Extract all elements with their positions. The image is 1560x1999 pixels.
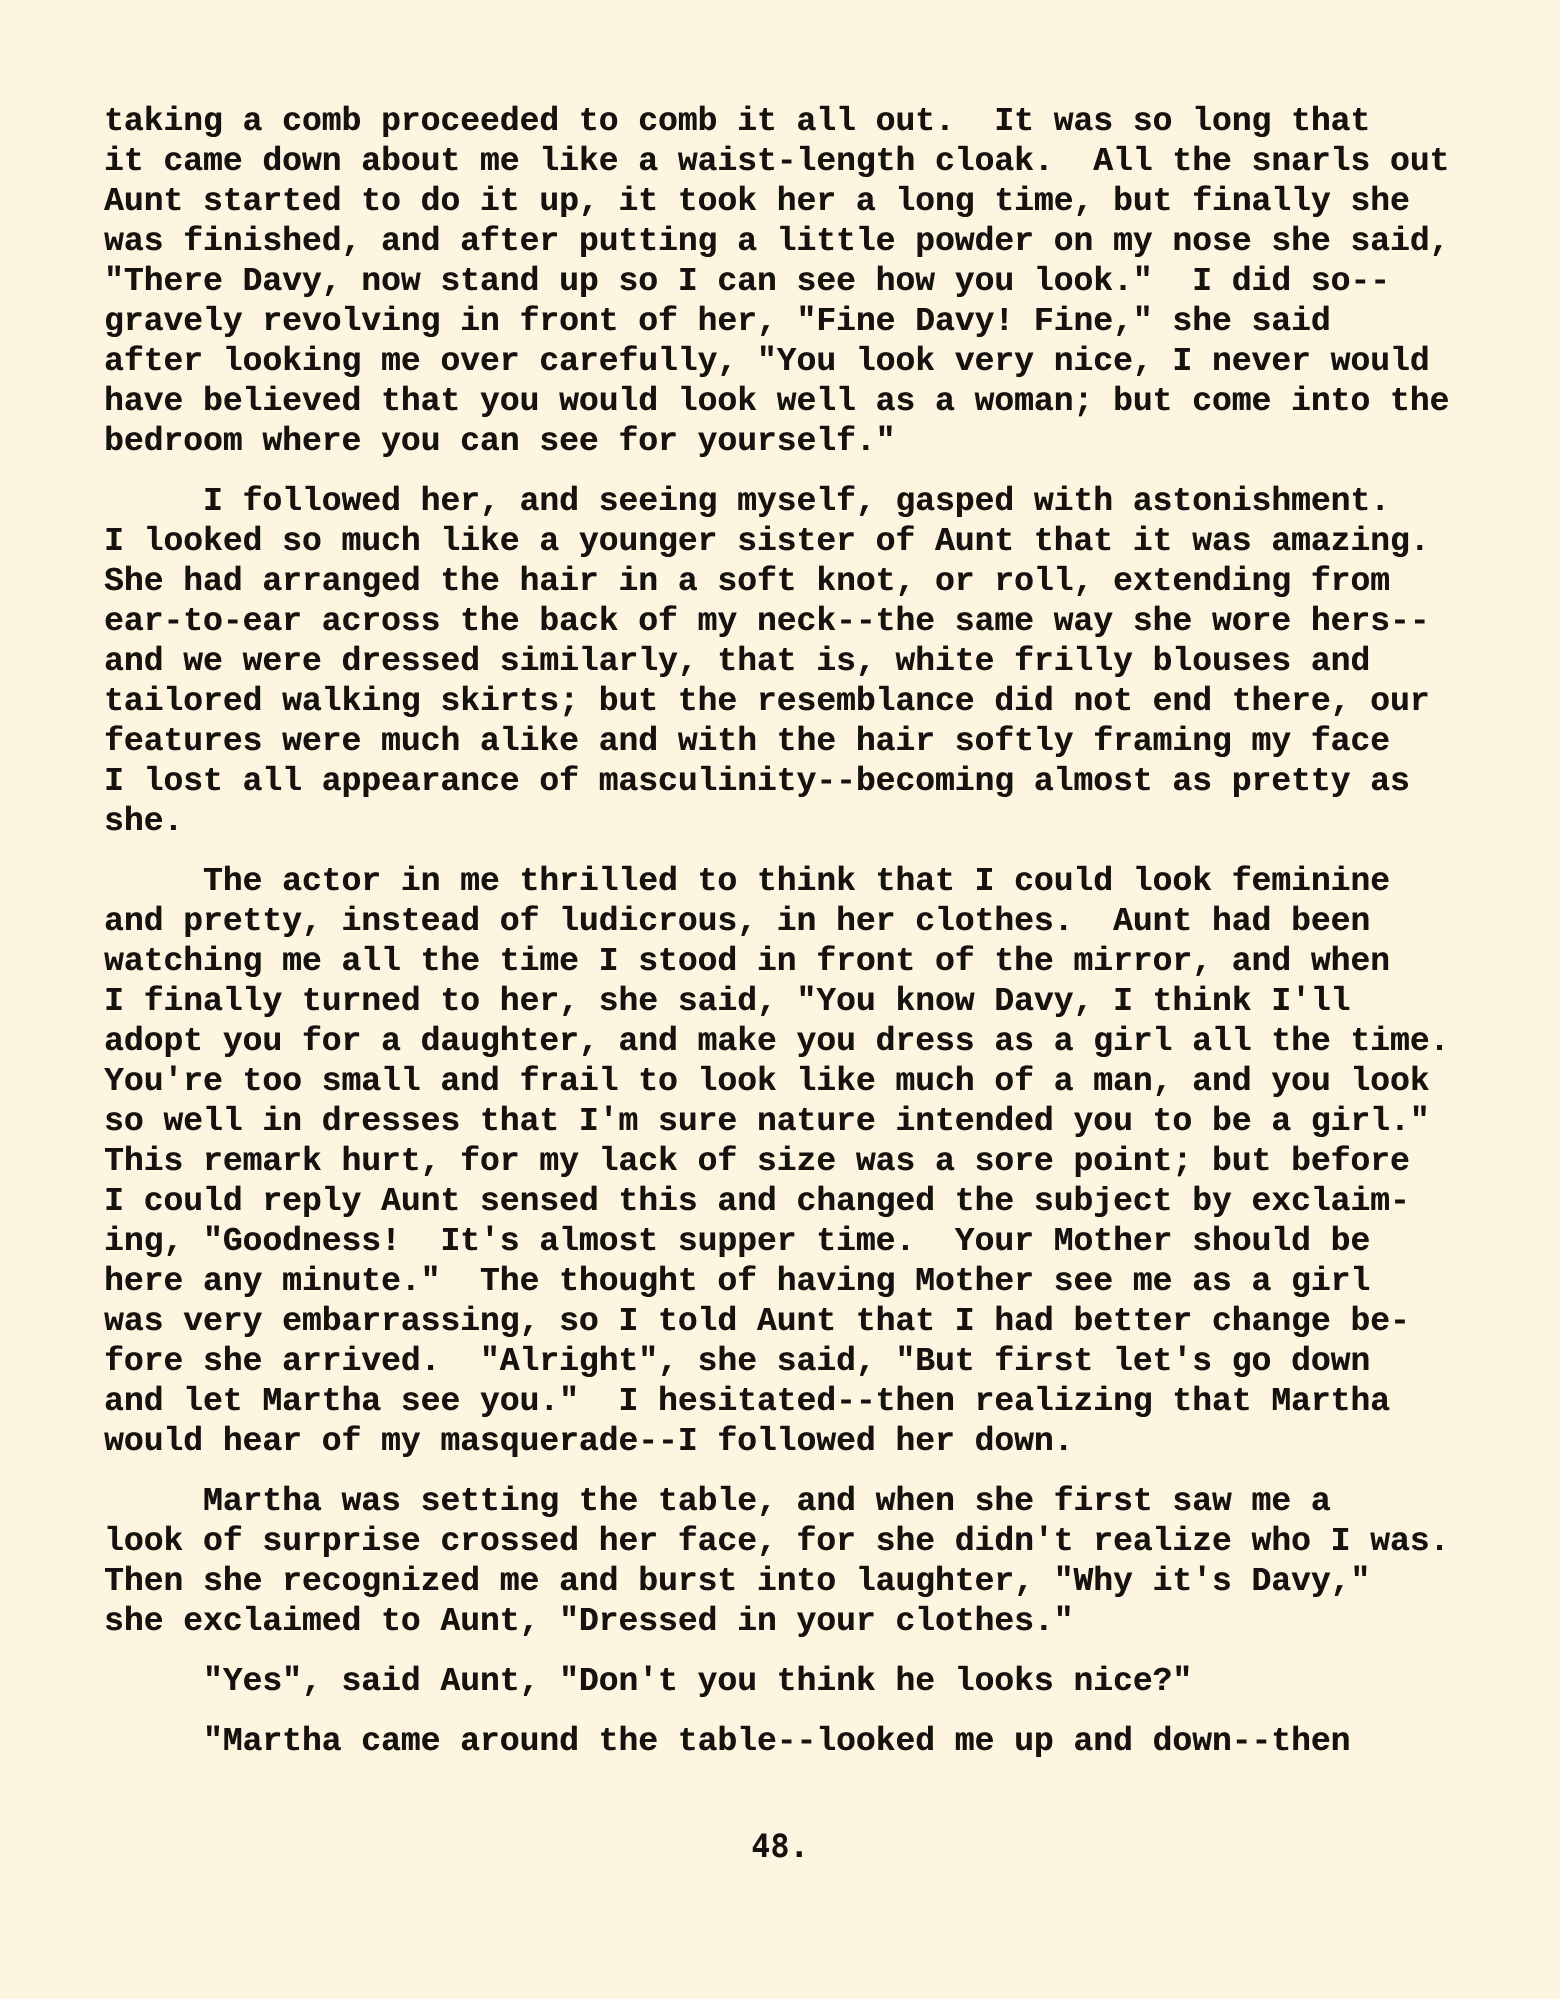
text-line: and let Martha see you." I hesitated--th… xyxy=(104,1382,1544,1422)
text-line: it came down about me like a waist-lengt… xyxy=(104,142,1544,182)
text-line: Aunt started to do it up, it took her a … xyxy=(104,182,1544,222)
text-line: was finished, and after putting a little… xyxy=(104,222,1544,262)
paragraph-6: "Martha came around the table--looked me… xyxy=(104,1722,1544,1762)
text-line: and we were dressed similarly, that is, … xyxy=(104,642,1544,682)
paragraph-2: I followed her, and seeing myself, gaspe… xyxy=(104,482,1544,842)
text-line: Martha was setting the table, and when s… xyxy=(104,1482,1544,1522)
text-line: bedroom where you can see for yourself." xyxy=(104,422,1544,462)
text-line: ing, "Goodness! It's almost supper time.… xyxy=(104,1222,1544,1262)
text-line: she. xyxy=(104,802,1544,842)
text-line: was very embarrassing, so I told Aunt th… xyxy=(104,1302,1544,1342)
paragraph-4: Martha was setting the table, and when s… xyxy=(104,1482,1544,1642)
text-line: tailored walking skirts; but the resembl… xyxy=(104,682,1544,722)
text-line: she exclaimed to Aunt, "Dressed in your … xyxy=(104,1602,1544,1642)
text-line: "Martha came around the table--looked me… xyxy=(104,1722,1544,1762)
paragraph-3: The actor in me thrilled to think that I… xyxy=(104,862,1544,1462)
text-line: taking a comb proceeded to comb it all o… xyxy=(104,102,1544,142)
text-line: so well in dresses that I'm sure nature … xyxy=(104,1102,1544,1142)
text-line: I looked so much like a younger sister o… xyxy=(104,522,1544,562)
text-line: here any minute." The thought of having … xyxy=(104,1262,1544,1302)
text-line: The actor in me thrilled to think that I… xyxy=(104,862,1544,902)
text-line: have believed that you would look well a… xyxy=(104,382,1544,422)
typed-page-body: taking a comb proceeded to comb it all o… xyxy=(104,102,1544,1782)
text-line: She had arranged the hair in a soft knot… xyxy=(104,562,1544,602)
text-line: Then she recognized me and burst into la… xyxy=(104,1562,1544,1602)
text-line: after looking me over carefully, "You lo… xyxy=(104,342,1544,382)
text-line: I could reply Aunt sensed this and chang… xyxy=(104,1182,1544,1222)
text-line: watching me all the time I stood in fron… xyxy=(104,942,1544,982)
text-line: I followed her, and seeing myself, gaspe… xyxy=(104,482,1544,522)
text-line: This remark hurt, for my lack of size wa… xyxy=(104,1142,1544,1182)
text-line: would hear of my masquerade--I followed … xyxy=(104,1422,1544,1462)
text-line: fore she arrived. "Alright", she said, "… xyxy=(104,1342,1544,1382)
text-line: "Yes", said Aunt, "Don't you think he lo… xyxy=(104,1662,1544,1702)
page-number: 48. xyxy=(0,1826,1560,1866)
text-line: ear-to-ear across the back of my neck--t… xyxy=(104,602,1544,642)
text-line: gravely revolving in front of her, "Fine… xyxy=(104,302,1544,342)
text-line: "There Davy, now stand up so I can see h… xyxy=(104,262,1544,302)
text-line: You're too small and frail to look like … xyxy=(104,1062,1544,1102)
text-line: and pretty, instead of ludicrous, in her… xyxy=(104,902,1544,942)
text-line: I finally turned to her, she said, "You … xyxy=(104,982,1544,1022)
paragraph-5: "Yes", said Aunt, "Don't you think he lo… xyxy=(104,1662,1544,1702)
text-line: I lost all appearance of masculinity--be… xyxy=(104,762,1544,802)
text-line: look of surprise crossed her face, for s… xyxy=(104,1522,1544,1562)
paragraph-1: taking a comb proceeded to comb it all o… xyxy=(104,102,1544,462)
text-line: adopt you for a daughter, and make you d… xyxy=(104,1022,1544,1062)
text-line: features were much alike and with the ha… xyxy=(104,722,1544,762)
